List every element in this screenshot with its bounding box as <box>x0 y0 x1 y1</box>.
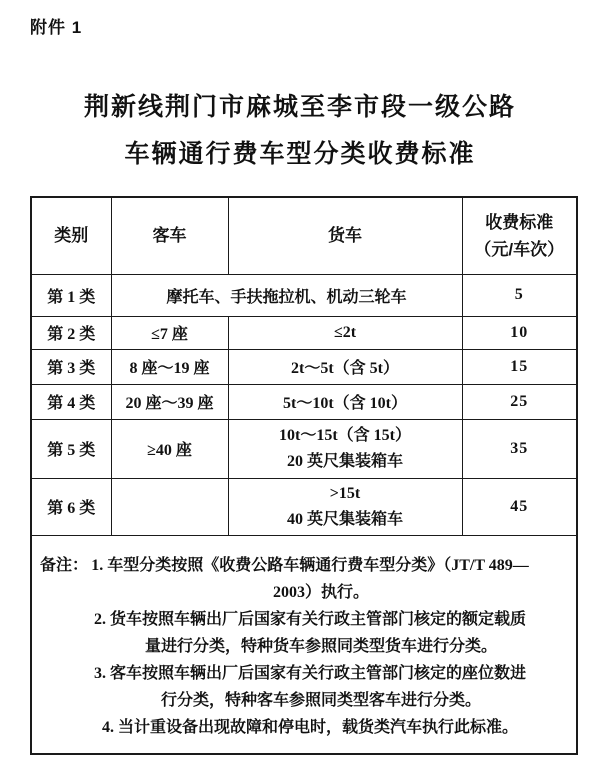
header-truck: 货车 <box>228 197 462 274</box>
cell-truck-line1: 10t～15t（含 15t） <box>229 423 462 449</box>
notes-cell: 备注： 1. 车型分类按照《收费公路车辆通行费车型分类》（JT/T 489—20… <box>31 535 577 754</box>
cell-fee: 25 <box>462 384 577 419</box>
cell-passenger: 20 座～39 座 <box>111 384 228 419</box>
cell-passenger: ≤7 座 <box>111 316 228 349</box>
cell-vehicles-merged: 摩托车、手扶拖拉机、机动三轮车 <box>111 274 462 316</box>
title-line-2: 车辆通行费车型分类收费标准 <box>0 131 600 178</box>
table-header-row: 类别 客车 货车 收费标准 （元/车次） <box>31 197 577 274</box>
cell-passenger: 8 座～19 座 <box>111 349 228 384</box>
cell-category: 第 2 类 <box>31 316 111 349</box>
cell-category: 第 5 类 <box>31 419 111 478</box>
cell-truck: 10t～15t（含 15t） 20 英尺集装箱车 <box>228 419 462 478</box>
cell-truck: 5t～10t（含 10t） <box>228 384 462 419</box>
cell-category: 第 4 类 <box>31 384 111 419</box>
notes-block: 备注： 1. 车型分类按照《收费公路车辆通行费车型分类》（JT/T 489—20… <box>40 552 532 741</box>
note-item-3: 3. 客车按照车辆出厂后国家有关行政主管部门核定的座位数进行分类，特种客车参照同… <box>88 660 532 714</box>
cell-truck-line2: 20 英尺集装箱车 <box>229 449 462 475</box>
header-fee-line1: 收费标准 <box>463 209 577 236</box>
cell-truck: ≤2t <box>228 316 462 349</box>
cell-truck-line2: 40 英尺集装箱车 <box>229 507 462 533</box>
cell-category: 第 3 类 <box>31 349 111 384</box>
attachment-label: 附件 1 <box>30 13 82 38</box>
title-line-1: 荆新线荆门市麻城至李市段一级公路 <box>0 84 600 131</box>
note-item-2: 2. 货车按照车辆出厂后国家有关行政主管部门核定的额定载质量进行分类，特种货车参… <box>88 606 532 660</box>
header-passenger: 客车 <box>111 197 228 274</box>
table-row-class2: 第 2 类 ≤7 座 ≤2t 10 <box>31 316 577 349</box>
table-row-class5: 第 5 类 ≥40 座 10t～15t（含 15t） 20 英尺集装箱车 35 <box>31 419 577 478</box>
header-fee: 收费标准 （元/车次） <box>462 197 577 274</box>
table-row-class3: 第 3 类 8 座～19 座 2t～5t（含 5t） 15 <box>31 349 577 384</box>
notes-items: 1. 车型分类按照《收费公路车辆通行费车型分类》（JT/T 489—2003）执… <box>88 552 532 741</box>
cell-passenger <box>111 478 228 535</box>
note-item-1: 1. 车型分类按照《收费公路车辆通行费车型分类》（JT/T 489—2003）执… <box>88 552 532 606</box>
document-page: 附件 1 荆新线荆门市麻城至李市段一级公路 车辆通行费车型分类收费标准 类别 客… <box>0 0 600 767</box>
cell-truck: 2t～5t（含 5t） <box>228 349 462 384</box>
cell-category: 第 6 类 <box>31 478 111 535</box>
header-category: 类别 <box>31 197 111 274</box>
cell-truck-line1: >15t <box>229 481 462 507</box>
fee-table: 类别 客车 货车 收费标准 （元/车次） 第 1 类 摩托车、手扶拖拉机、机动三… <box>30 196 578 755</box>
cell-truck: >15t 40 英尺集装箱车 <box>228 478 462 535</box>
notes-label: 备注： <box>40 552 88 579</box>
cell-fee: 15 <box>462 349 577 384</box>
cell-category: 第 1 类 <box>31 274 111 316</box>
note-item-4: 4. 当计重设备出现故障和停电时，载货类汽车执行此标准。 <box>88 714 532 741</box>
cell-fee: 45 <box>462 478 577 535</box>
table-notes-row: 备注： 1. 车型分类按照《收费公路车辆通行费车型分类》（JT/T 489—20… <box>31 535 577 754</box>
table-row-class4: 第 4 类 20 座～39 座 5t～10t（含 10t） 25 <box>31 384 577 419</box>
table-row-class6: 第 6 类 >15t 40 英尺集装箱车 45 <box>31 478 577 535</box>
cell-fee: 5 <box>462 274 577 316</box>
document-title: 荆新线荆门市麻城至李市段一级公路 车辆通行费车型分类收费标准 <box>0 84 600 178</box>
cell-fee: 35 <box>462 419 577 478</box>
cell-passenger: ≥40 座 <box>111 419 228 478</box>
cell-fee: 10 <box>462 316 577 349</box>
header-fee-line2: （元/车次） <box>463 236 577 263</box>
table-row-class1: 第 1 类 摩托车、手扶拖拉机、机动三轮车 5 <box>31 274 577 316</box>
